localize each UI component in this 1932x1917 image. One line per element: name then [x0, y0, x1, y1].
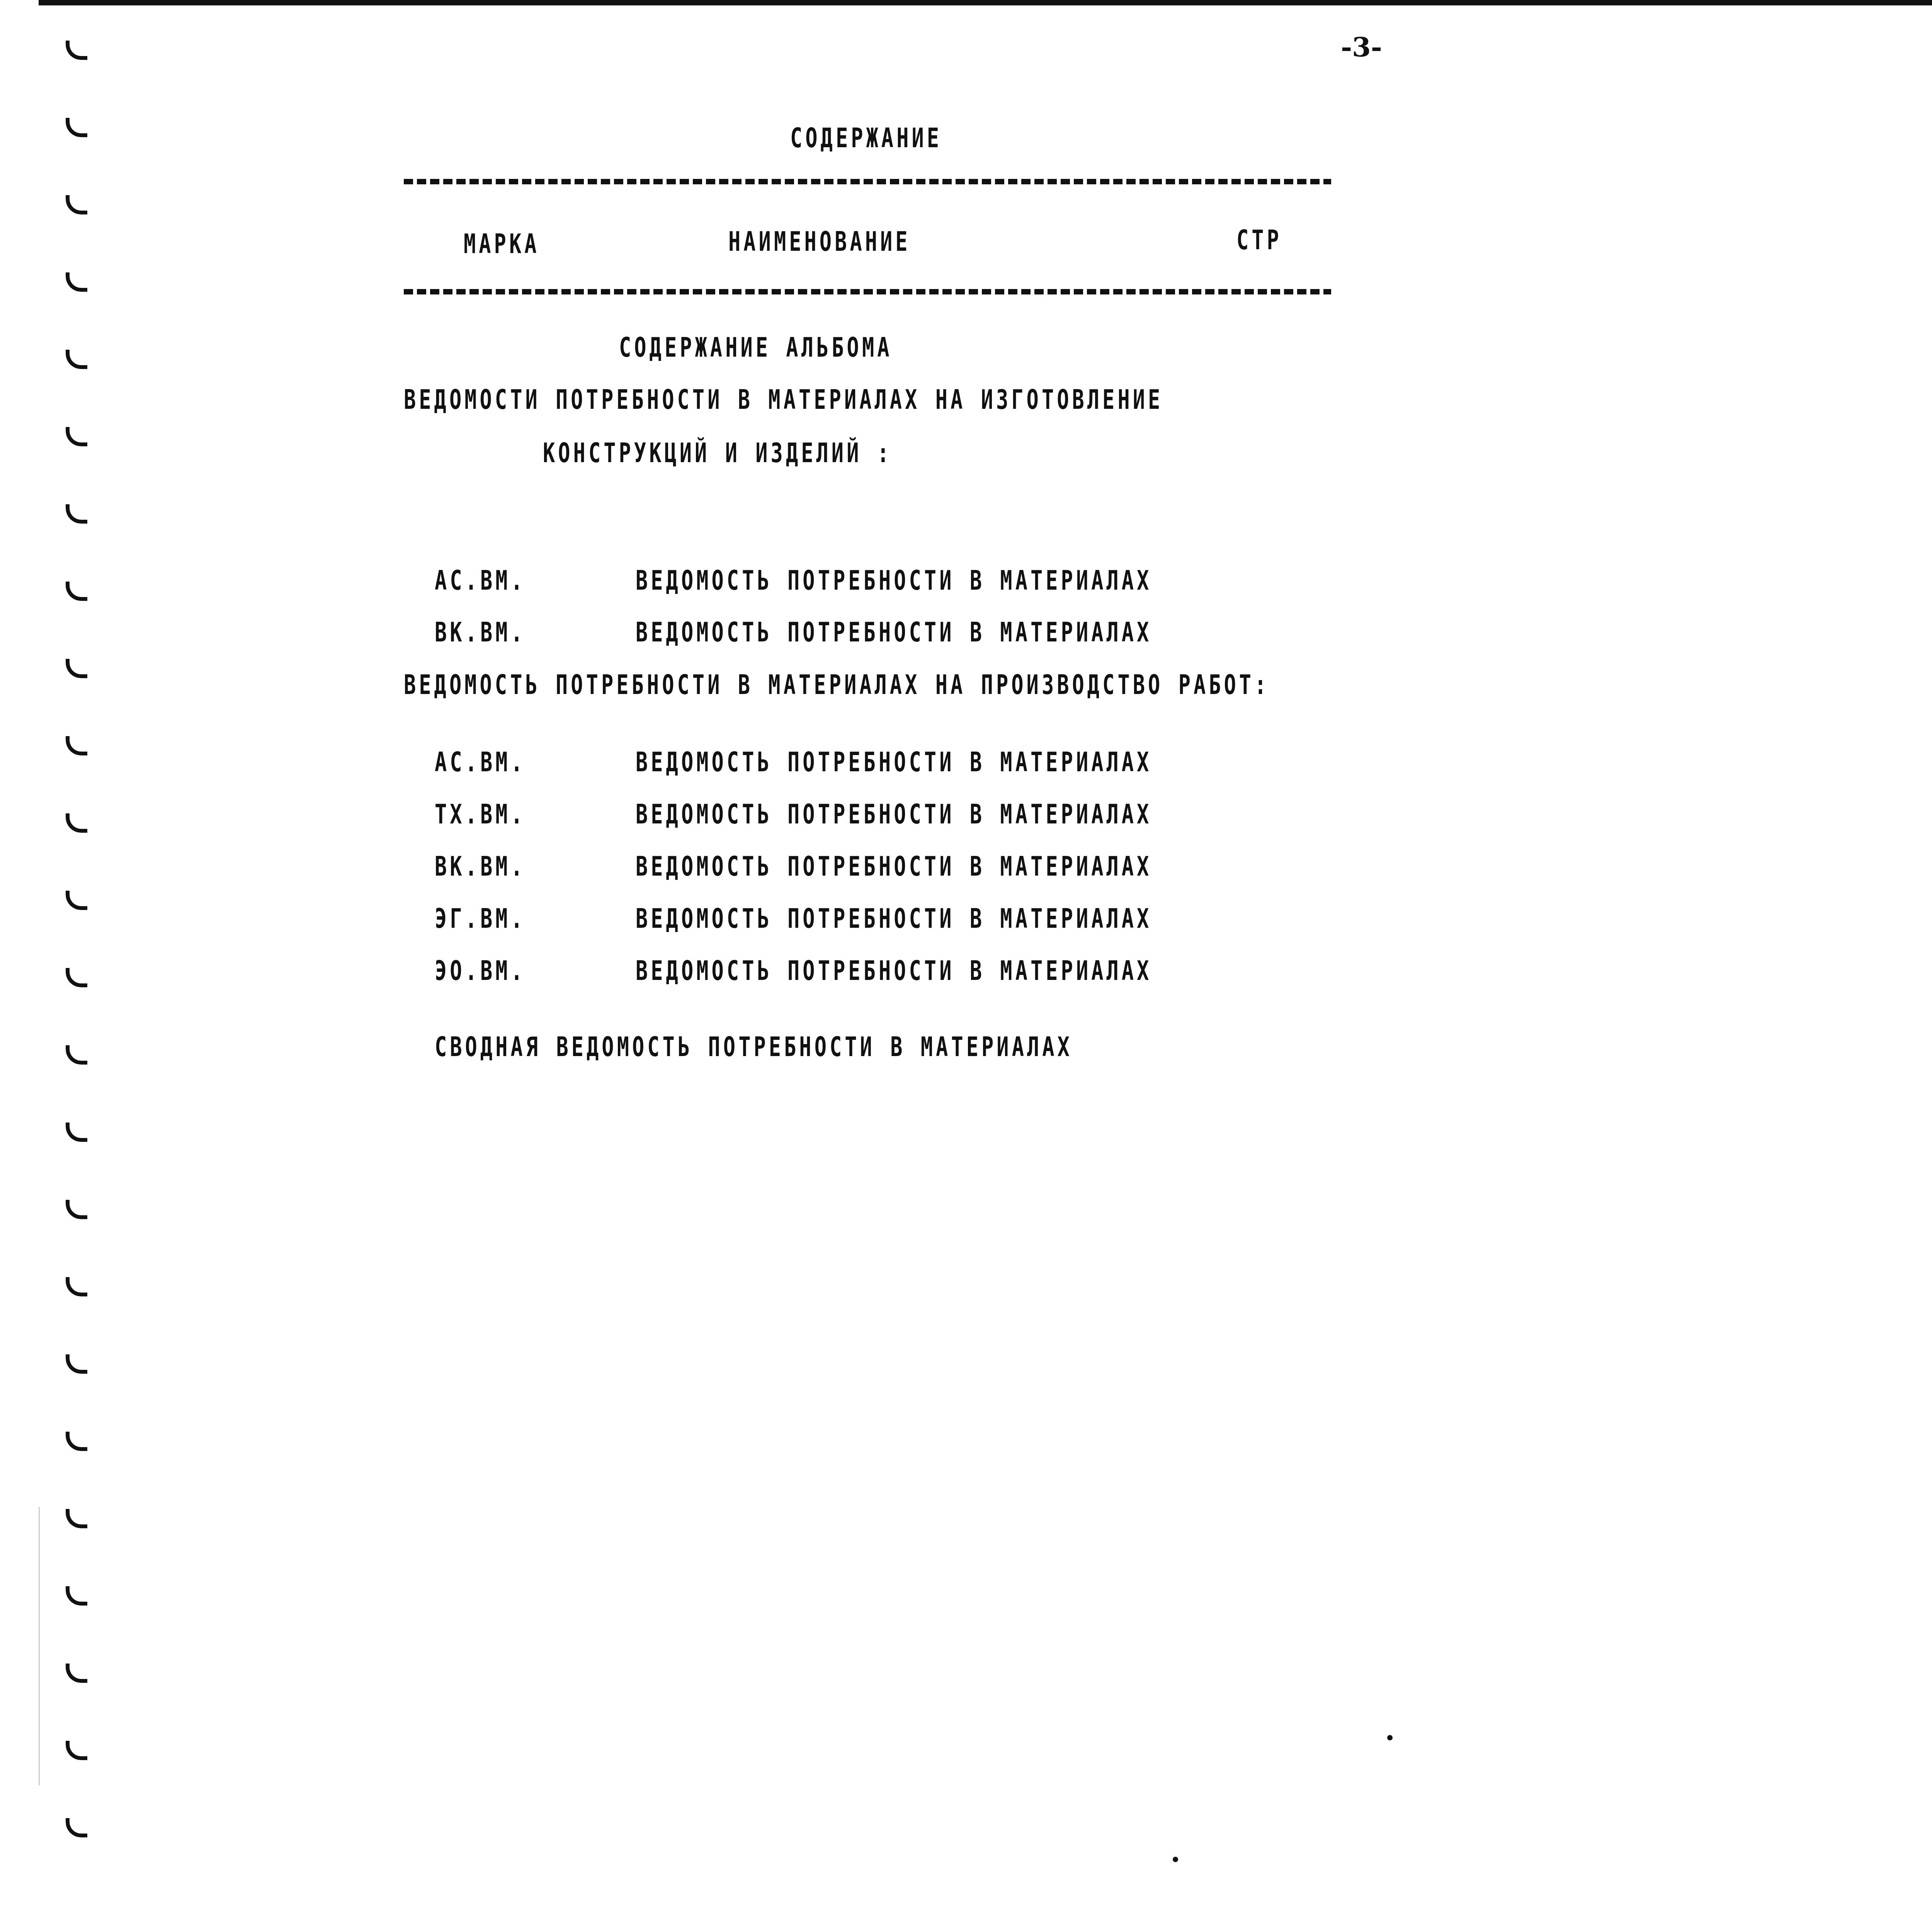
perforation-hole-icon — [66, 1432, 87, 1451]
perforation-hole-icon — [66, 582, 87, 601]
item-name: ВЕДОМОСТЬ ПОТРЕБНОСТИ В МАТЕРИАЛАХ — [636, 851, 1152, 883]
scan-speck — [1387, 1735, 1393, 1740]
item-mark: АС.ВМ. — [435, 747, 526, 778]
perforation-hole-icon — [66, 736, 87, 755]
perforation-hole-icon — [66, 1586, 87, 1606]
column-header-mark: МАРКА — [464, 229, 540, 260]
page-title: СОДЕРЖАНИЕ — [790, 123, 942, 154]
perforation-hole-icon — [66, 195, 87, 214]
perforation-hole-icon — [66, 891, 87, 910]
perforation-hole-icon — [66, 272, 87, 292]
perforation-hole-icon — [66, 813, 87, 833]
header-divider-top — [404, 179, 1331, 184]
item-name: ВЕДОМОСТЬ ПОТРЕБНОСТИ В МАТЕРИАЛАХ — [636, 565, 1152, 597]
perforation-hole-icon — [66, 41, 87, 60]
item-mark: ВК.ВМ. — [435, 617, 526, 648]
perforation-hole-icon — [66, 1509, 87, 1528]
perforation-hole-icon — [66, 504, 87, 524]
item-name: ВЕДОМОСТЬ ПОТРЕБНОСТИ В МАТЕРИАЛАХ — [636, 956, 1152, 987]
perforation-hole-icon — [66, 350, 87, 369]
left-perforation-strip — [66, 0, 97, 1917]
perforation-hole-icon — [66, 427, 87, 446]
perforation-hole-icon — [66, 968, 87, 987]
perforation-hole-icon — [66, 1741, 87, 1760]
item-name: ВЕДОМОСТЬ ПОТРЕБНОСТИ В МАТЕРИАЛАХ — [636, 617, 1152, 648]
perforation-hole-icon — [66, 1200, 87, 1219]
item-name: ВЕДОМОСТЬ ПОТРЕБНОСТИ В МАТЕРИАЛАХ — [636, 903, 1152, 935]
page-number: -3- — [1341, 31, 1382, 63]
section-heading-manufacturing-line1: ВЕДОМОСТИ ПОТРЕБНОСТИ В МАТЕРИАЛАХ НА ИЗ… — [404, 384, 1163, 416]
perforation-hole-icon — [66, 118, 87, 137]
item-mark: АС.ВМ. — [435, 565, 526, 597]
item-mark: ВК.ВМ. — [435, 851, 526, 883]
paper-left-mark — [39, 1507, 40, 1785]
item-mark: ТХ.ВМ. — [435, 799, 526, 830]
summary-statement: СВОДНАЯ ВЕДОМОСТЬ ПОТРЕБНОСТИ В МАТЕРИАЛ… — [435, 1032, 1073, 1063]
perforation-hole-icon — [66, 1045, 87, 1065]
perforation-hole-icon — [66, 1277, 87, 1296]
header-divider-bottom — [404, 289, 1331, 294]
perforation-hole-icon — [66, 659, 87, 678]
album-heading: СОДЕРЖАНИЕ АЛЬБОМА — [619, 332, 893, 364]
perforation-hole-icon — [66, 1123, 87, 1142]
section-heading-manufacturing-line2: КОНСТРУКЦИЙ И ИЗДЕЛИЙ : — [543, 438, 892, 469]
column-header-page: СТР — [1236, 225, 1282, 256]
item-name: ВЕДОМОСТЬ ПОТРЕБНОСТИ В МАТЕРИАЛАХ — [636, 799, 1152, 830]
section-heading-works: ВЕДОМОСТЬ ПОТРЕБНОСТИ В МАТЕРИАЛАХ НА ПР… — [404, 670, 1269, 701]
paper-top-edge — [39, 0, 1932, 5]
perforation-hole-icon — [66, 1818, 87, 1837]
perforation-hole-icon — [66, 1664, 87, 1683]
item-mark: ЭГ.ВМ. — [435, 903, 526, 935]
column-header-name: НАИМЕНОВАНИЕ — [728, 226, 911, 258]
scan-speck — [1173, 1857, 1178, 1862]
perforation-hole-icon — [66, 1354, 87, 1374]
item-mark: ЭО.ВМ. — [435, 956, 526, 987]
item-name: ВЕДОМОСТЬ ПОТРЕБНОСТИ В МАТЕРИАЛАХ — [636, 747, 1152, 778]
